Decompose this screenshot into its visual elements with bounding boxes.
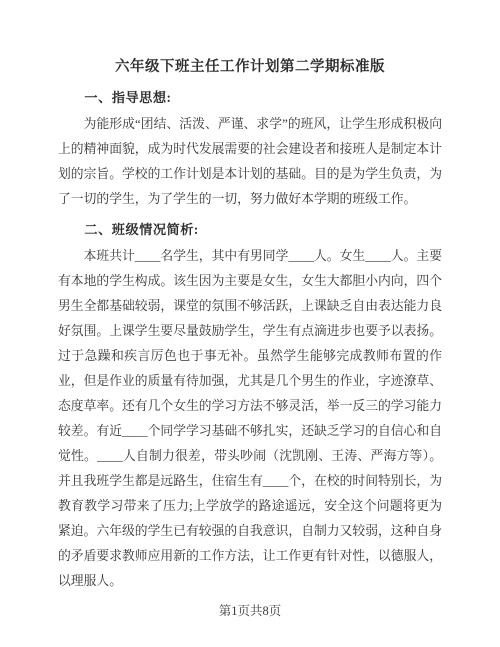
document-title: 六年级下班主任工作计划第二学期标准版	[58, 55, 442, 80]
section-heading-class-situation: 二、班级情况简析:	[58, 217, 442, 242]
section-heading-guiding-ideology: 一、指导思想:	[58, 85, 442, 110]
paragraph-class-situation: 本班共计____名学生，其中有男同学____人。女生____人。主要有本地的学生…	[58, 244, 442, 594]
paragraph-guiding-ideology: 为能形成“团结、活泼、严谨、求学”的班风，让学生形成积极向上的精神面貌，成为时代…	[58, 112, 442, 212]
page-number-footer: 第1页共8页	[0, 601, 500, 621]
document-page: 六年级下班主任工作计划第二学期标准版 一、指导思想: 为能形成“团结、活泼、严谨…	[0, 0, 500, 647]
